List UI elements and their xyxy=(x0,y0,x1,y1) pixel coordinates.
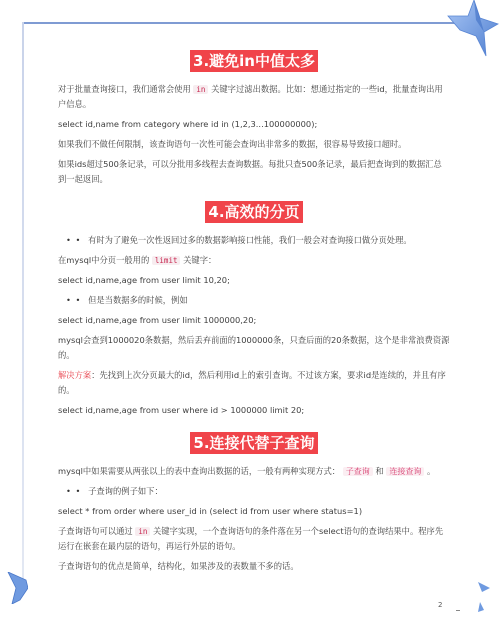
paragraph: 如果ids超过500条记录，可以分批用多线程去查询数据。每批只查500条记录，最… xyxy=(58,157,450,187)
article-content: 3.避免in中值太多 对于批量查询接口，我们通常会使用 in 关键字过滤出数据。… xyxy=(58,50,450,579)
inline-code: in xyxy=(193,85,208,94)
paragraph: 在mysql中分页一般用的 limit 关键字： xyxy=(58,253,450,268)
text: ：先找到上次分页最大的id，然后利用id上的索引查询。不过该方案，要求id是连续… xyxy=(58,370,446,395)
text: 对于批量查询接口，我们通常会使用 xyxy=(58,84,191,94)
sql-statement: select id,name,age from user where id > … xyxy=(58,403,450,418)
paragraph: mysql中如果需要从两张以上的表中查询出数据的话，一般有两种实现方式： 子查询… xyxy=(58,464,450,479)
paragraph: 子查询语句的优点是简单，结构化，如果涉及的表数量不多的话。 xyxy=(58,559,450,574)
paragraph: 对于批量查询接口，我们通常会使用 in 关键字过滤出数据。比如：想通过指定的一些… xyxy=(58,82,450,112)
section-5: 5.连接代替子查询 xyxy=(58,432,450,454)
paragraph: 如果我们不做任何限制，该查询语句一次性可能会查询出非常多的数据，很容易导致接口超… xyxy=(58,137,450,152)
text: 有时为了避免一次性返回过多的数据影响接口性能，我们一般会对查询接口做分页处理。 xyxy=(88,235,412,245)
frame-top-border xyxy=(23,22,463,24)
section-3: 3.避免in中值太多 xyxy=(58,50,450,72)
section-heading: 5.连接代替子查询 xyxy=(190,432,317,454)
section-heading: 4.高效的分页 xyxy=(205,201,302,223)
page-number: 2 xyxy=(438,601,442,609)
document-page: 3.避免in中值太多 对于批量查询接口，我们通常会使用 in 关键字过滤出数据。… xyxy=(0,0,500,620)
bullet-icon: • • xyxy=(66,235,81,245)
star-bottom-right-icon xyxy=(478,582,492,614)
section-heading: 3.避免in中值太多 xyxy=(190,50,318,72)
bullet-item: • • 有时为了避免一次性返回过多的数据影响接口性能，我们一般会对查询接口做分页… xyxy=(58,233,450,248)
text: 但是当数据多的时候，例如 xyxy=(88,295,188,305)
bullet-icon: • • xyxy=(66,486,81,496)
paragraph: 子查询语句可以通过 in 关键字实现，一个查询语句的条件落在另一个select语… xyxy=(58,524,450,554)
text: 。 xyxy=(427,466,435,476)
text: mysql中如果需要从两张以上的表中查询出数据的话，一般有两种实现方式： xyxy=(58,466,340,476)
bullet-item: • • 子查询的例子如下： xyxy=(58,484,450,499)
inline-tag: 子查询 xyxy=(343,467,373,476)
inline-tag: 连接查询 xyxy=(386,467,424,476)
paragraph: mysql会查到1000020条数据，然后丢弃前面的1000000条，只查后面的… xyxy=(58,333,450,363)
inline-code: limit xyxy=(152,256,181,265)
text: 子查询语句可以通过 xyxy=(58,526,133,536)
solution-label: 解决方案 xyxy=(58,370,91,380)
inline-code: in xyxy=(135,527,150,536)
footer-mark xyxy=(456,610,460,611)
frame-left-border xyxy=(22,22,24,582)
sql-statement: select * from order where user_id in (se… xyxy=(58,504,450,519)
text: 关键字： xyxy=(183,255,216,265)
sql-statement: select id,name,age from user limit 10000… xyxy=(58,313,450,328)
solution-paragraph: 解决方案：先找到上次分页最大的id，然后利用id上的索引查询。不过该方案，要求i… xyxy=(58,368,450,398)
text: 在mysql中分页一般用的 xyxy=(58,255,149,265)
section-4: 4.高效的分页 xyxy=(58,201,450,223)
text: 和 xyxy=(375,466,383,476)
sql-statement: select id,name from category where id in… xyxy=(58,117,450,132)
star-bottom-left-icon xyxy=(6,572,28,604)
bullet-icon: • • xyxy=(66,295,81,305)
sql-statement: select id,name,age from user limit 10,20… xyxy=(58,273,450,288)
text: 子查询的例子如下： xyxy=(88,486,163,496)
bullet-item: • • 但是当数据多的时候，例如 xyxy=(58,293,450,308)
